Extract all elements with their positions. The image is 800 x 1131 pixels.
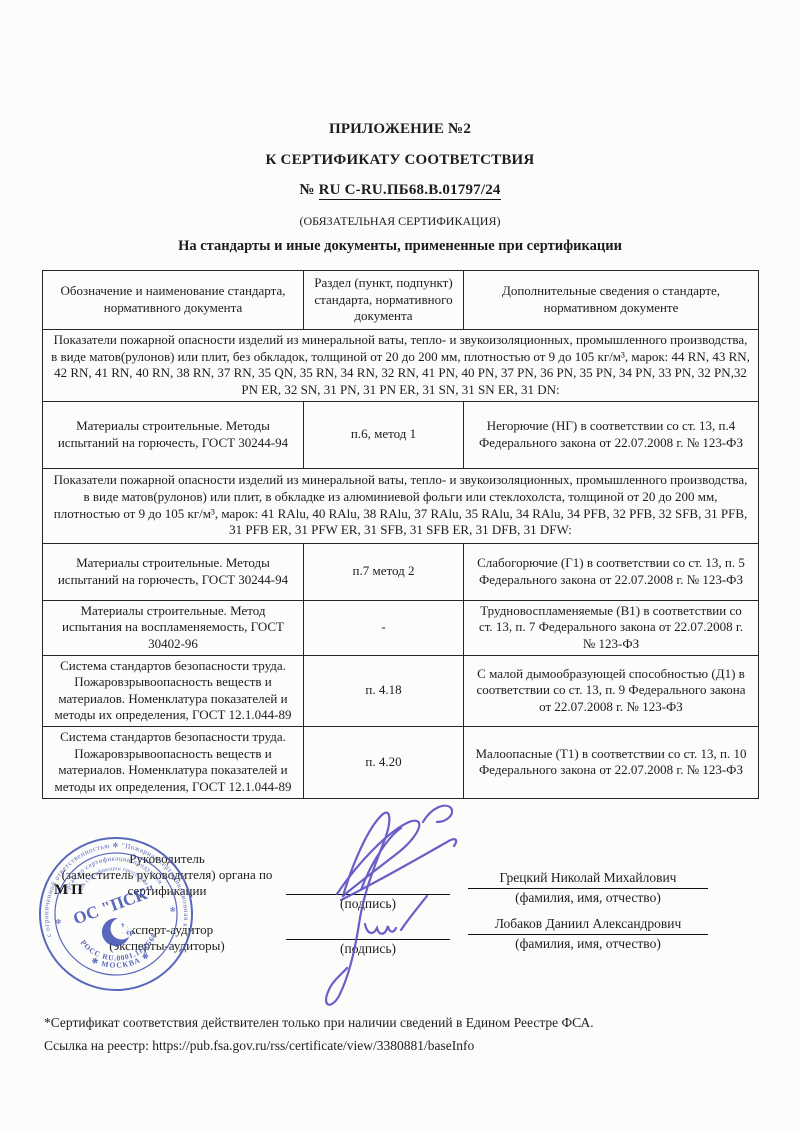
table-row: Показатели пожарной опасности изделий из…: [43, 468, 759, 543]
span-row-products-2: Показатели пожарной опасности изделий из…: [43, 468, 759, 543]
validity-note: *Сертификат соответствия действителен то…: [44, 1012, 594, 1035]
cell-standard: Материалы строительные. Методы испытаний…: [43, 401, 304, 468]
cell-standard: Материалы строительные. Методы испытаний…: [43, 543, 304, 600]
name-field-1: Грецкий Николай Михайлович (фамилия, имя…: [468, 870, 708, 906]
appendix-title: ПРИЛОЖЕНИЕ №2: [0, 121, 800, 138]
signature-field-1: (подпись): [286, 880, 450, 912]
stamp-logo-cross: ✝: [120, 922, 126, 929]
mp-seal-mark: МП: [54, 882, 86, 899]
table-row: Материалы строительные. Метод испытания …: [43, 600, 759, 655]
span-row-products-1: Показатели пожарной опасности изделий из…: [43, 330, 759, 402]
cell-details: Негорючие (НГ) в соответствии со ст. 13,…: [464, 401, 759, 468]
to-certificate-title: К СЕРТИФИКАТУ СООТВЕТСТВИЯ: [0, 152, 800, 169]
person-name: Лобаков Даниил Александрович: [468, 916, 708, 935]
table-row: Система стандартов безопасности труда. П…: [43, 655, 759, 727]
cell-details: Трудновоспламеняемые (В1) в соответствии…: [464, 600, 759, 655]
stamp-logo-letters: тр: [126, 928, 134, 937]
cell-details: Слабогорючие (Г1) в соответствии со ст. …: [464, 543, 759, 600]
header-section: Раздел (пункт, подпункт) стандарта, норм…: [304, 271, 464, 330]
cell-standard: Система стандартов безопасности труда. П…: [43, 655, 304, 727]
cell-section: -: [304, 600, 464, 655]
signature-caption: (подпись): [286, 895, 450, 912]
standards-table: Обозначение и наименование стандарта, но…: [42, 270, 759, 799]
header-details: Дополнительные сведения о стандарте, нор…: [464, 271, 759, 330]
cell-details: С малой дымообразующей способностью (Д1)…: [464, 655, 759, 727]
cell-standard: Материалы строительные. Метод испытания …: [43, 600, 304, 655]
certification-body-stamp: Общество с ограниченной ответственностью…: [28, 826, 204, 1002]
signature-stroke: [423, 806, 452, 822]
signature-caption: (подпись): [286, 940, 450, 957]
person-name: Грецкий Николай Михайлович: [468, 870, 708, 889]
certificate-number-line: № RU C-RU.ПБ68.В.01797/24: [0, 182, 800, 199]
cell-section: п. 4.20: [304, 727, 464, 799]
cell-details: Малоопасные (Т1) в соответствии со ст. 1…: [464, 727, 759, 799]
signature-line: [286, 925, 450, 940]
certificate-appendix-page: { "header": { "appendix": "ПРИЛОЖЕНИЕ №2…: [0, 0, 800, 1131]
certificate-number: RU C-RU.ПБ68.В.01797/24: [319, 182, 501, 200]
stamp-star-left: ✻: [55, 918, 62, 927]
name-caption: (фамилия, имя, отчество): [468, 889, 708, 906]
footer-notes: *Сертификат соответствия действителен то…: [44, 1012, 594, 1057]
table-row: Показатели пожарной опасности изделий из…: [43, 330, 759, 402]
table-row: Система стандартов безопасности труда. П…: [43, 727, 759, 799]
certificate-number-prefix: №: [299, 182, 318, 198]
stamp-star-right: ✻: [169, 906, 176, 915]
cell-section: п.7 метод 2: [304, 543, 464, 600]
header-standard: Обозначение и наименование стандарта, но…: [43, 271, 304, 330]
cell-standard: Система стандартов безопасности труда. П…: [43, 727, 304, 799]
document-subject: На стандарты и иные документы, примененн…: [0, 238, 800, 255]
signature-line: [286, 880, 450, 895]
certification-type: (ОБЯЗАТЕЛЬНАЯ СЕРТИФИКАЦИЯ): [0, 214, 800, 229]
cell-section: п. 4.18: [304, 655, 464, 727]
table-header-row: Обозначение и наименование стандарта, но…: [43, 271, 759, 330]
table-row: Материалы строительные. Методы испытаний…: [43, 401, 759, 468]
signature-field-2: (подпись): [286, 925, 450, 957]
registry-link: Ссылка на реестр: https://pub.fsa.gov.ru…: [44, 1035, 594, 1058]
name-caption: (фамилия, имя, отчество): [468, 935, 708, 952]
cell-section: п.6, метод 1: [304, 401, 464, 468]
table-row: Материалы строительные. Методы испытаний…: [43, 543, 759, 600]
name-field-2: Лобаков Даниил Александрович (фамилия, и…: [468, 916, 708, 952]
